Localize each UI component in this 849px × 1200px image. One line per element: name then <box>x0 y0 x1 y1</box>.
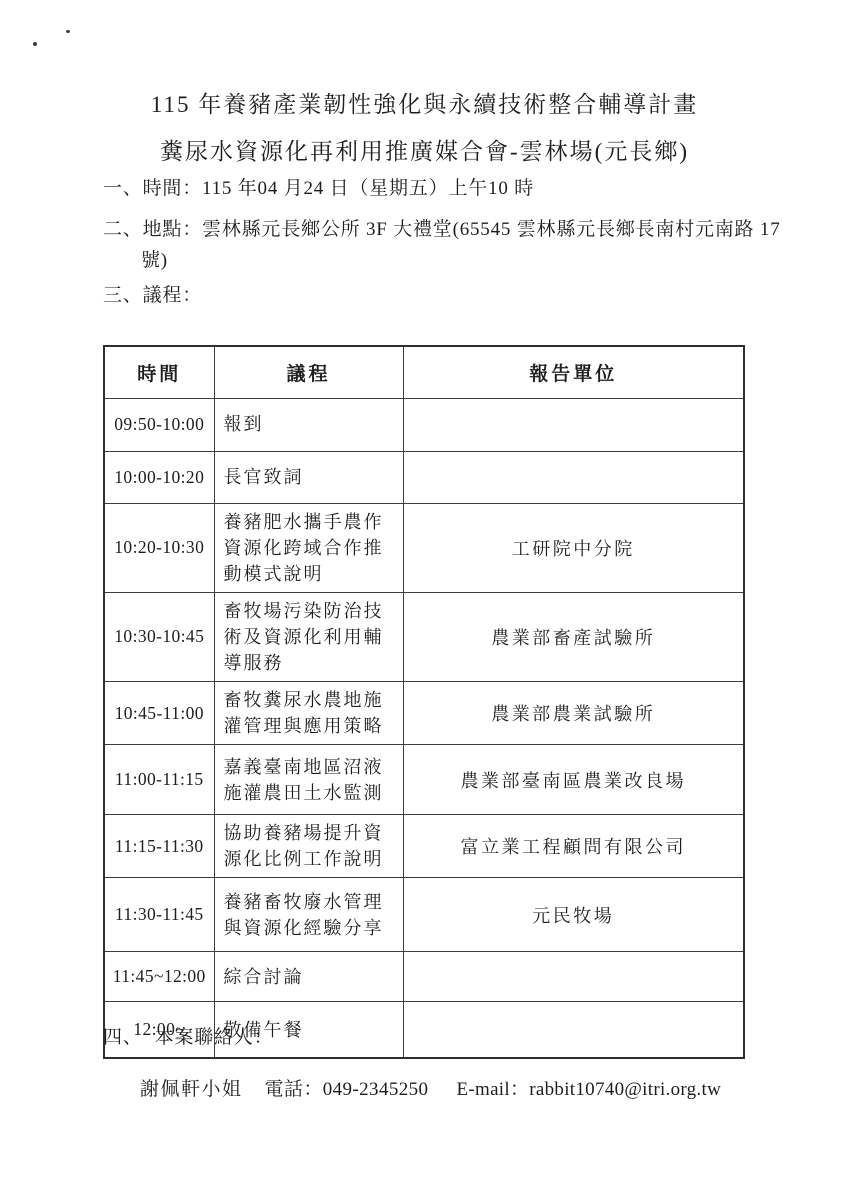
contact-phone-number: 049-2345250 <box>323 1079 429 1100</box>
scan-speck <box>33 42 37 46</box>
agenda-row: 11:15-11:30 協助養豬場提升資源化比例工作說明 富立業工程顧問有限公司 <box>104 815 744 878</box>
cell-presenter: 農業部臺南區農業改良場 <box>403 745 744 815</box>
agenda-row: 11:30-11:45 養豬畜牧廢水管理與資源化經驗分享 元民牧場 <box>104 878 744 952</box>
doc-title-line2: 糞尿水資源化再利用推廣媒合會-雲林場(元長鄉) <box>0 133 849 166</box>
item-time-marker: 一、 <box>103 178 143 199</box>
item-place-marker: 二、 <box>103 219 143 240</box>
item-time: 一、時間：115 年04 月24 日（星期五）上午10 時 <box>103 177 534 201</box>
item-time-label: 時間： <box>143 178 202 199</box>
agenda-row: 10:20-10:30 養豬肥水攜手農作資源化跨域合作推動模式說明 工研院中分院 <box>104 503 744 592</box>
contact-line: 謝佩軒小姐電話：049-2345250E-mail：rabbit10740@it… <box>140 1074 721 1101</box>
agenda-header-row: 時間 議程 報告單位 <box>104 346 744 398</box>
item-agenda: 三、議程： <box>103 284 202 308</box>
doc-title-line1: 115 年養豬產業韌性強化與永續技術整合輔導計畫 <box>0 86 849 119</box>
cell-topic: 養豬畜牧廢水管理與資源化經驗分享 <box>214 878 403 952</box>
item-agenda-marker: 三、 <box>103 285 143 306</box>
item-time-value: 115 年04 月24 日（星期五）上午10 時 <box>202 178 534 199</box>
item-contact: 四、本案聯絡人： <box>103 1026 273 1050</box>
contact-email-label: E-mail： <box>456 1079 529 1100</box>
item-contact-label: 本案聯絡人： <box>155 1027 274 1048</box>
contact-email: E-mail：rabbit10740@itri.org.tw <box>456 1079 721 1100</box>
agenda-row: 11:00-11:15 嘉義臺南地區沼液施灌農田土水監測 農業部臺南區農業改良場 <box>104 745 744 815</box>
cell-time: 10:45-11:00 <box>104 682 214 745</box>
cell-time: 09:50-10:00 <box>104 398 214 451</box>
cell-topic: 協助養豬場提升資源化比例工作說明 <box>214 815 403 878</box>
contact-phone: 電話：049-2345250 <box>265 1079 429 1100</box>
item-place-line2: 號) <box>141 249 168 273</box>
cell-topic: 嘉義臺南地區沼液施灌農田土水監測 <box>214 745 403 815</box>
agenda-row: 11:45~12:00 綜合討論 <box>104 952 744 1002</box>
agenda-row: 10:45-11:00 畜牧糞尿水農地施灌管理與應用策略 農業部農業試驗所 <box>104 682 744 745</box>
cell-presenter: 農業部畜產試驗所 <box>403 592 744 681</box>
cell-presenter: 元民牧場 <box>403 878 744 952</box>
cell-time: 11:30-11:45 <box>104 878 214 952</box>
agenda-row: 10:30-10:45 畜牧場污染防治技術及資源化利用輔導服務 農業部畜產試驗所 <box>104 592 744 681</box>
agenda-row: 10:00-10:20 長官致詞 <box>104 451 744 503</box>
cell-presenter <box>403 1002 744 1058</box>
cell-time: 11:00-11:15 <box>104 745 214 815</box>
header-time: 時間 <box>104 346 214 398</box>
item-agenda-label: 議程： <box>143 285 202 306</box>
cell-time: 10:20-10:30 <box>104 503 214 592</box>
cell-topic: 養豬肥水攜手農作資源化跨域合作推動模式說明 <box>214 503 403 592</box>
cell-presenter: 富立業工程顧問有限公司 <box>403 815 744 878</box>
cell-topic: 綜合討論 <box>214 952 403 1002</box>
cell-time: 10:30-10:45 <box>104 592 214 681</box>
cell-topic: 長官致詞 <box>214 451 403 503</box>
cell-presenter <box>403 398 744 451</box>
cell-presenter <box>403 952 744 1002</box>
item-place-label: 地點： <box>143 219 202 240</box>
contact-phone-label: 電話： <box>265 1079 323 1100</box>
cell-topic: 畜牧糞尿水農地施灌管理與應用策略 <box>214 682 403 745</box>
item-contact-marker: 四、 <box>103 1027 143 1048</box>
cell-presenter: 工研院中分院 <box>403 503 744 592</box>
scanned-document-page: { "colors": { "paper": "#ffffff", "ink":… <box>0 0 849 1200</box>
header-presenter: 報告單位 <box>403 346 744 398</box>
header-topic: 議程 <box>214 346 403 398</box>
cell-topic: 報到 <box>214 398 403 451</box>
item-place-value: 雲林縣元長鄉公所 3F 大禮堂(65545 雲林縣元長鄉長南村元南路 17 <box>202 219 781 240</box>
cell-presenter <box>403 451 744 503</box>
cell-topic: 畜牧場污染防治技術及資源化利用輔導服務 <box>214 592 403 681</box>
agenda-row: 09:50-10:00 報到 <box>104 398 744 451</box>
agenda-table: 時間 議程 報告單位 09:50-10:00 報到 10:00-10:20 長官… <box>103 345 745 1059</box>
cell-time: 11:45~12:00 <box>104 952 214 1002</box>
cell-time: 11:15-11:30 <box>104 815 214 878</box>
contact-email-address: rabbit10740@itri.org.tw <box>529 1079 721 1100</box>
contact-name: 謝佩軒小姐 <box>140 1079 243 1100</box>
item-place-line1: 二、地點：雲林縣元長鄉公所 3F 大禮堂(65545 雲林縣元長鄉長南村元南路 … <box>103 218 781 242</box>
scan-speck <box>66 30 70 33</box>
cell-presenter: 農業部農業試驗所 <box>403 682 744 745</box>
cell-time: 10:00-10:20 <box>104 451 214 503</box>
